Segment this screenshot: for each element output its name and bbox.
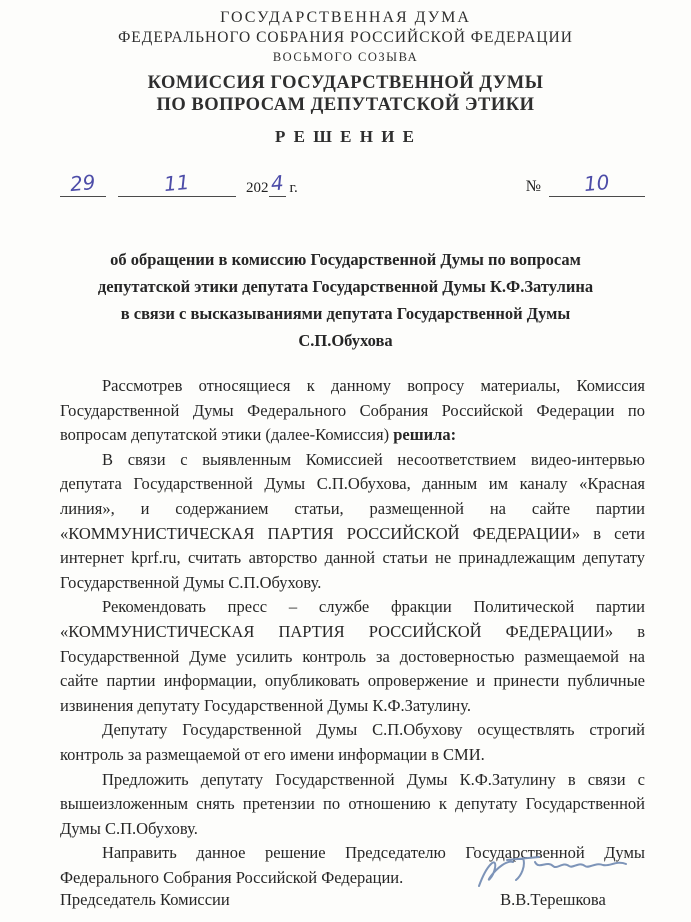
paragraph-item: В связи с выявленным Комиссией несоответ… bbox=[60, 448, 645, 596]
signer-role: Председатель Комиссии bbox=[60, 890, 230, 910]
handwritten-day: 29 bbox=[69, 169, 97, 197]
number-field-group: №10 bbox=[526, 171, 645, 197]
signature-block: Председатель Комиссии В.В.Терешкова bbox=[60, 848, 645, 910]
document-type: Р Е Ш Е Н И Е bbox=[0, 127, 691, 147]
convocation: ВОСЬМОГО СОЗЫВА bbox=[0, 50, 691, 65]
paragraph-text: В связи с выявленным Комиссией несоответ… bbox=[60, 450, 645, 592]
number-sign: № bbox=[526, 178, 541, 195]
month-field: 11 bbox=[118, 171, 236, 197]
commission-name: КОМИССИЯ ГОСУДАРСТВЕННОЙ ДУМЫ ПО ВОПРОСА… bbox=[0, 72, 691, 116]
document-title: об обращении в комиссию Государственной … bbox=[0, 246, 691, 354]
paragraph-item: Депутату Государственной Думы С.П.Обухов… bbox=[60, 718, 645, 767]
signer-name: В.В.Терешкова bbox=[473, 890, 633, 910]
org-name: ГОСУДАРСТВЕННАЯ ДУМА bbox=[0, 9, 691, 27]
signature-area: В.В.Терешкова bbox=[473, 848, 645, 910]
paragraph-item: Предложить депутату Государственной Думы… bbox=[60, 768, 645, 842]
org-subtitle: ФЕДЕРАЛЬНОГО СОБРАНИЯ РОССИЙСКОЙ ФЕДЕРАЦ… bbox=[0, 29, 691, 47]
title-line: в связи с высказываниями депутата Госуда… bbox=[0, 300, 691, 327]
commission-line-1: КОМИССИЯ ГОСУДАРСТВЕННОЙ ДУМЫ bbox=[0, 72, 691, 94]
handwritten-year-digit: 4 bbox=[269, 169, 284, 196]
day-field: 29 bbox=[60, 171, 106, 197]
title-line: депутатской этики депутата Государственн… bbox=[0, 273, 691, 300]
year-suffix: г. bbox=[290, 180, 298, 197]
number-field: 10 bbox=[549, 171, 645, 197]
paragraph-item: Рекомендовать пресс – службе фракции Пол… bbox=[60, 595, 645, 718]
title-line: С.П.Обухова bbox=[0, 327, 691, 354]
paragraph-text: Депутату Государственной Думы С.П.Обухов… bbox=[60, 720, 645, 764]
paragraph-resolution: Рассмотрев относящиеся к данному вопросу… bbox=[60, 374, 645, 448]
date-fields: 29 11 2024 г. bbox=[60, 171, 298, 197]
paragraph-text: Предложить депутату Государственной Думы… bbox=[60, 770, 645, 838]
date-number-row: 29 11 2024 г. №10 bbox=[0, 171, 691, 197]
handwritten-month: 11 bbox=[163, 169, 191, 197]
document-page: ГОСУДАРСТВЕННАЯ ДУМА ФЕДЕРАЛЬНОГО СОБРАН… bbox=[0, 0, 691, 922]
paragraph-text: Рекомендовать пресс – службе фракции Пол… bbox=[60, 597, 645, 714]
handwritten-number: 10 bbox=[583, 169, 611, 197]
document-body: Рассмотрев относящиеся к данному вопросу… bbox=[0, 374, 691, 890]
commission-line-2: ПО ВОПРОСАМ ДЕПУТАТСКОЙ ЭТИКИ bbox=[0, 94, 691, 116]
year-printed: 202 bbox=[246, 180, 269, 197]
handwritten-signature-icon bbox=[473, 848, 633, 894]
paragraph-bold-text: решила: bbox=[393, 425, 456, 444]
year-digit-field: 4 bbox=[269, 171, 286, 197]
letterhead: ГОСУДАРСТВЕННАЯ ДУМА ФЕДЕРАЛЬНОГО СОБРАН… bbox=[0, 0, 691, 147]
title-line: об обращении в комиссию Государственной … bbox=[0, 246, 691, 273]
paragraph-text: Рассмотрев относящиеся к данному вопросу… bbox=[60, 376, 645, 444]
